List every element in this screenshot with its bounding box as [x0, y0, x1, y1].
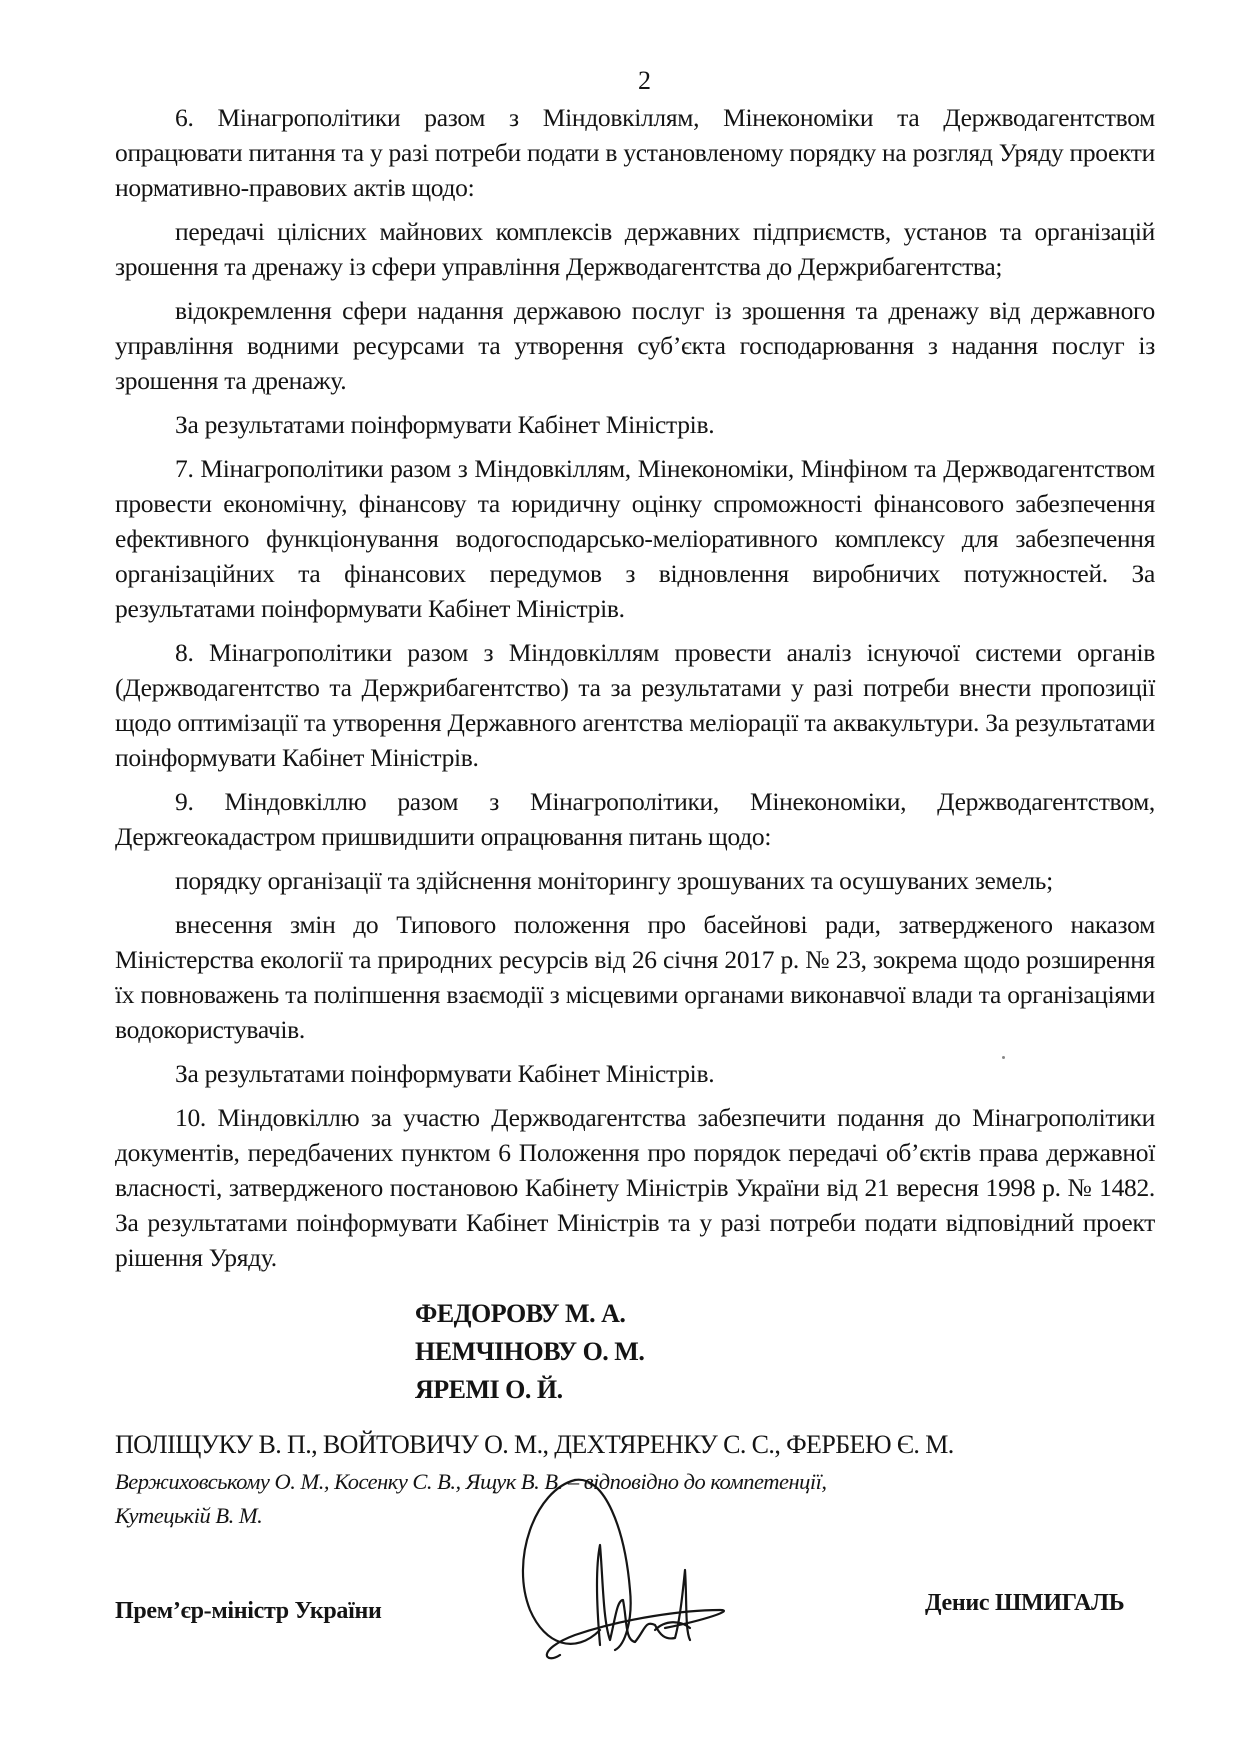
handwritten-signature-icon [505, 1470, 765, 1670]
paragraph-item-9-amendments: внесення змін до Типового положення про … [115, 907, 1155, 1047]
paragraph-item-7: 7. Мінагрополітики разом з Міндовкіллям,… [115, 451, 1155, 626]
signatory-name: Денис ШМИГАЛЬ [925, 1590, 1124, 1617]
paragraph-item-10: 10. Міндовкіллю за участю Держводагентст… [115, 1100, 1155, 1275]
addressees-bold-list: ФЕДОРОВУ М. А. НЕМЧІНОВУ О. М. ЯРЕМІ О. … [415, 1295, 644, 1409]
document-body: 6. Мінагрополітики разом з Міндовкіллям,… [115, 100, 1155, 1284]
paragraph-item-6-transfer: передачі цілісних майнових комплексів де… [115, 214, 1155, 284]
paragraph-item-6-report: За результатами поінформувати Кабінет Мі… [115, 407, 1155, 442]
paragraph-item-8: 8. Мінагрополітики разом з Міндовкіллям … [115, 635, 1155, 775]
addressee-fedorov: ФЕДОРОВУ М. А. [415, 1295, 644, 1333]
addressees-regular-list: ПОЛІЩУКУ В. П., ВОЙТОВИЧУ О. М., ДЕХТЯРЕ… [115, 1428, 954, 1462]
addressee-yarema: ЯРЕМІ О. Й. [415, 1371, 644, 1409]
paragraph-item-9: 9. Міндовкіллю разом з Мінагрополітики, … [115, 784, 1155, 854]
scan-artifact [1002, 1056, 1005, 1059]
document-page: 2 6. Мінагрополітики разом з Міндовкілля… [0, 0, 1249, 1754]
paragraph-item-6-separation: відокремлення сфери надання державою пос… [115, 293, 1155, 398]
paragraph-item-6: 6. Мінагрополітики разом з Міндовкіллям,… [115, 100, 1155, 205]
paragraph-item-9-report: За результатами поінформувати Кабінет Мі… [115, 1056, 1155, 1091]
page-number: 2 [20, 66, 1249, 96]
addressee-nemchinova: НЕМЧІНОВУ О. М. [415, 1333, 644, 1371]
paragraph-item-9-monitoring: порядку організації та здійснення моніто… [115, 863, 1155, 898]
signatory-title: Прем’єр-міністр України [115, 1598, 382, 1625]
